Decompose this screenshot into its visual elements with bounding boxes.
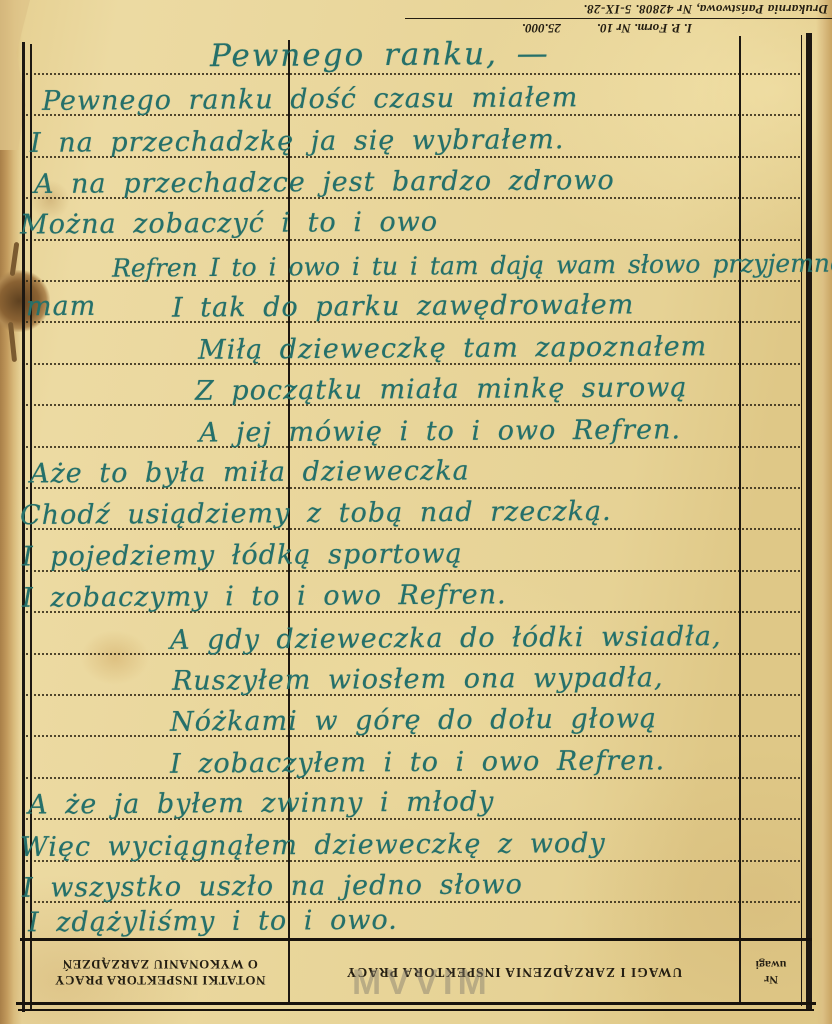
handwritten-line: A jej mówię i to i owo Refren.: [199, 416, 681, 446]
handwritten-line: Aże to była miła dzieweczka: [30, 457, 470, 487]
handwritten-line: Miłą dzieweczkę tam zapoznałem: [198, 333, 707, 364]
handwritten-line: Nóżkami w górę do dołu głową: [170, 705, 657, 735]
right-border-line-inner: [801, 35, 802, 1006]
torn-top-left-corner: [0, 0, 30, 150]
right-border-line-outer: [806, 33, 812, 1010]
dotted-rule-line: [22, 73, 800, 75]
notes-header-line2: O WYKONANIU ZARZĄDZEŃ: [62, 956, 258, 972]
archive-watermark: MVVIM: [352, 963, 492, 1003]
handwritten-line: Można zobaczyć i to i owo: [20, 209, 438, 239]
imprint-divider-line: [405, 18, 832, 19]
print-run: 25.000.: [522, 20, 561, 36]
table-top-border: [20, 938, 812, 941]
handwritten-title: Pewnego ranku, —: [210, 39, 550, 72]
handwritten-line: I na przechadzkę ja się wybrałem.: [30, 126, 565, 157]
table-header-notes: NOTATKI INSPEKTORA PRACY O WYKONANIU ZAR…: [34, 943, 286, 1001]
handwritten-line: mam: [26, 293, 96, 320]
handwritten-line: I tak do parku zawędrowałem: [172, 291, 634, 321]
table-bottom-border-inner: [18, 1009, 814, 1011]
handwritten-line: Z początku miała minkę surową: [195, 374, 688, 404]
torn-left-edge: [0, 0, 22, 1024]
rust-stain: [80, 630, 150, 685]
scanned-notebook-page: I. P. Form. Nr 10. 25.000. Drukarnia Pań…: [0, 0, 832, 1024]
handwritten-line: A gdy dzieweczka do łódki wsiadła,: [170, 623, 722, 654]
printer-imprint: I. P. Form. Nr 10. 25.000. Drukarnia Pań…: [405, 1, 832, 36]
handwritten-refrain-line: Refren I to i owo i tu i tam dają wam sł…: [112, 250, 832, 280]
nr-header-line2: uwagi: [756, 957, 787, 972]
handwritten-line: I zdążyliśmy i to i owo.: [28, 907, 398, 937]
handwritten-line: Więc wyciągnąłem dzieweczkę z wody: [20, 830, 606, 861]
nr-header-line1: Nr: [764, 972, 778, 987]
form-number: I. P. Form. Nr 10.: [597, 20, 692, 36]
paper-right-edge: [816, 0, 832, 1024]
printer-name-line: Drukarnia Państwowa, Nr 42808. 5-IX-28.: [405, 1, 832, 17]
handwritten-line: I pojedziemy łódką sportową: [22, 540, 463, 570]
margin-column-line: [739, 36, 741, 1004]
handwritten-line: A że ja byłem zwinny i młody: [28, 788, 495, 818]
handwritten-line: Pewnego ranku dość czasu miałem: [42, 84, 578, 115]
handwritten-line: I zobaczyłem i to i owo Refren.: [170, 747, 665, 777]
handwritten-line: I wszystko uszło na jedno słowo: [22, 871, 523, 901]
notes-header-line1: NOTATKI INSPEKTORA PRACY: [55, 972, 266, 988]
handwritten-line: Ruszyłem wiosłem ona wypadła,: [172, 664, 664, 694]
table-header-nr: Nr uwagi: [742, 943, 800, 1001]
handwritten-line: Chodź usiądziemy z tobą nad rzeczką.: [20, 498, 612, 529]
handwritten-line: I zobaczymy i to i owo Refren.: [22, 581, 507, 611]
handwritten-line: A na przechadzce jest bardzo zdrowo: [34, 167, 615, 198]
